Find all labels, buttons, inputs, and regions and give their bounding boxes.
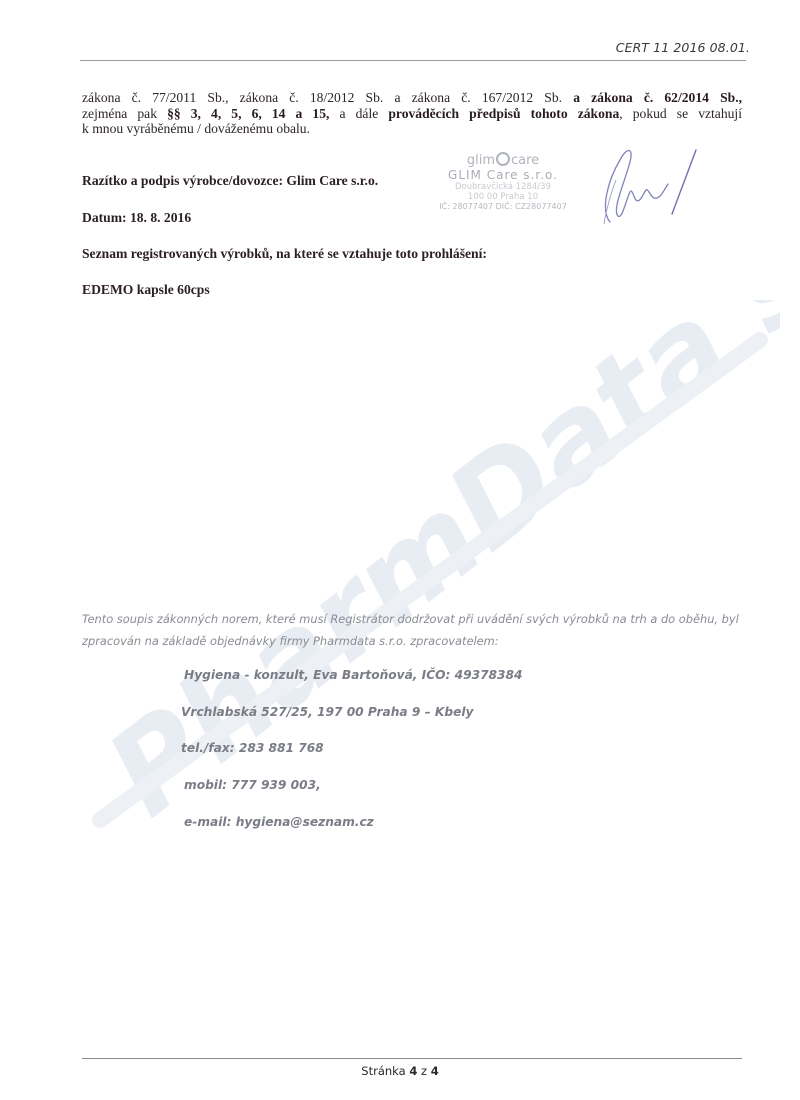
header-divider — [80, 60, 746, 61]
paragraph-line-3: k mnou vyráběnému / dováženému obalu. — [82, 121, 742, 137]
contact-company: Hygiena - konzult, Eva Bartoňová, IČO: 4… — [184, 668, 522, 682]
stamp-company-name: GLIM Care s.r.o. — [418, 168, 588, 182]
company-stamp: glimcare GLIM Care s.r.o. Doubravčická 1… — [418, 152, 588, 212]
stamp-street: Doubravčická 1284/39 — [418, 182, 588, 192]
g-logo-icon — [496, 152, 510, 166]
stamp-ids: IČ: 28077407 DIČ: CZ28077407 — [418, 202, 588, 212]
paragraph-line-1: zákona č. 77/2011 Sb., zákona č. 18/2012… — [82, 90, 742, 106]
header-document-code: CERT 11 2016 08.01. — [616, 40, 750, 55]
stamp-city: 100 00 Praha 10 — [418, 192, 588, 202]
watermark-pharmdata: PharmData s.r.o. — [60, 300, 780, 840]
date-label: Datum: 18. 8. 2016 — [82, 210, 191, 226]
contact-address: Vrchlabská 527/25, 197 00 Praha 9 – Kbel… — [181, 705, 473, 719]
stamp-signature-label: Razítko a podpis výrobce/dovozce: Glim C… — [82, 173, 378, 189]
paragraph-line-2: zejména pak §§ 3, 4, 5, 6, 14 a 15, a dá… — [82, 106, 742, 122]
contact-email: e-mail: hygiena@seznam.cz — [184, 815, 374, 829]
footer-divider — [82, 1058, 742, 1059]
document-page: CERT 11 2016 08.01. PharmData s.r.o. zák… — [0, 0, 800, 1100]
product-item: EDEMO kapsle 60cps — [82, 282, 210, 298]
product-list-heading: Seznam registrovaných výrobků, na které … — [82, 246, 487, 262]
stamp-logo: glimcare — [418, 152, 588, 168]
legal-paragraph: zákona č. 77/2011 Sb., zákona č. 18/2012… — [82, 90, 742, 137]
contact-mobile: mobil: 777 939 003, — [184, 778, 321, 792]
page-number: Stránka 4 z 4 — [0, 1064, 800, 1078]
svg-text:PharmData s.r.o.: PharmData s.r.o. — [82, 300, 780, 840]
contact-phone: tel./fax: 283 881 768 — [181, 741, 324, 755]
compiler-note: Tento soupis zákonných norem, které musí… — [82, 608, 742, 652]
signature-icon — [590, 140, 700, 230]
